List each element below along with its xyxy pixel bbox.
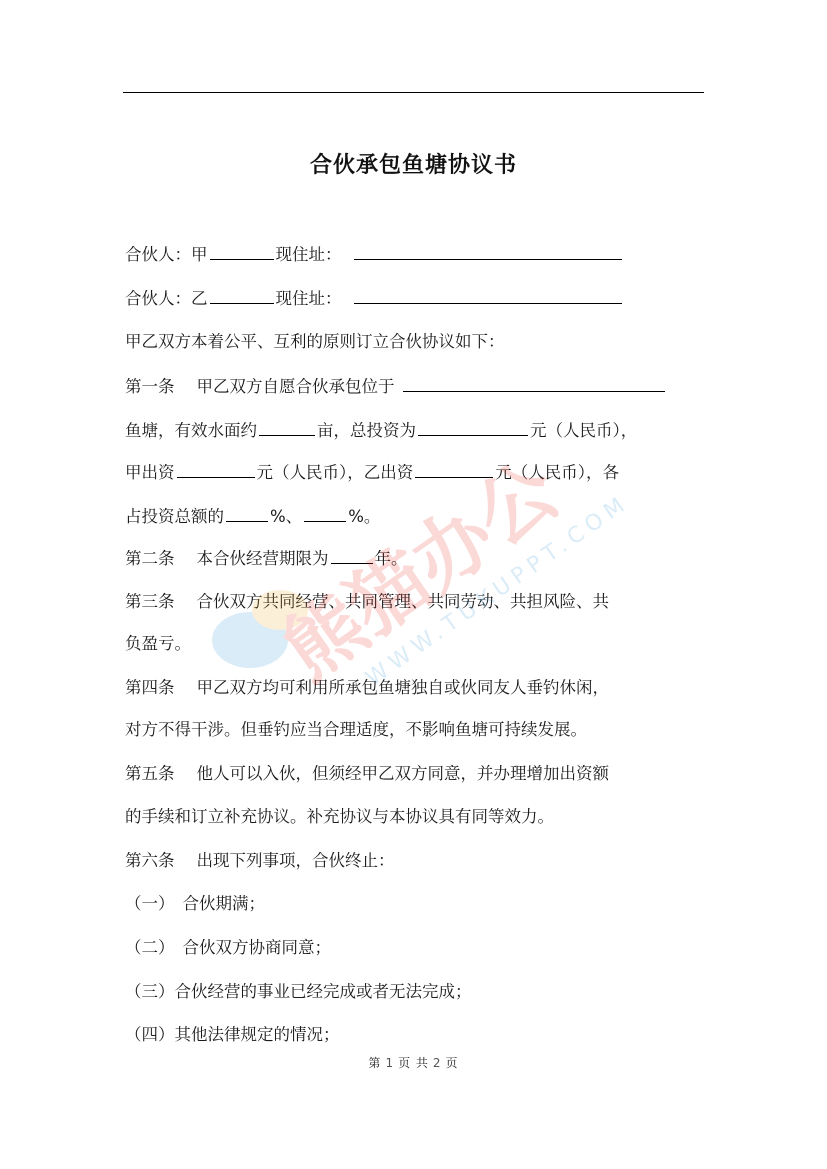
article-2-heading: 第二条 [125, 549, 175, 568]
article-1-heading: 第一条 [125, 377, 175, 396]
article-2-text: 年。 [375, 549, 408, 568]
article-1-line-3: 甲出资元（人民币），乙出资元（人民币），各 [125, 461, 619, 484]
item-marker: （三） [125, 982, 175, 1001]
partner-a-line: 合伙人：甲现住址： [125, 243, 624, 266]
article-1-text: 鱼塘，有效水面约 [125, 421, 257, 440]
article-4-text: 甲乙双方均可利用所承包鱼塘独自或伙同友人垂钓休闲， [197, 678, 610, 697]
party-a-share-blank[interactable] [226, 505, 268, 522]
article-6-line: 第六条出现下列事项，合伙终止： [125, 850, 395, 872]
article-1-text: 元（人民币）， [530, 421, 637, 440]
article-1-text: 亩，总投资为 [317, 421, 416, 440]
article-1-line-4: 占投资总额的%、%。 [125, 505, 380, 528]
location-blank[interactable] [403, 375, 665, 392]
article-1-text: %。 [348, 507, 380, 526]
item-text: 合伙期满； [183, 894, 266, 913]
item-marker: （一） [125, 894, 175, 913]
article-4-line-2: 对方不得干涉。但垂钓应当合理适度，不影响鱼塘可持续发展。 [125, 719, 587, 741]
partner-b-line: 合伙人：乙现住址： [125, 287, 624, 310]
article-2-text: 本合伙经营期限为 [197, 549, 329, 568]
article-3-heading: 第三条 [125, 592, 175, 611]
article-5-line-2: 的手续和订立补充协议。补充协议与本协议具有同等效力。 [125, 806, 554, 828]
article-1-text: 元（人民币），乙出资 [257, 463, 414, 482]
article-1-text: 元（人民币），各 [495, 463, 619, 482]
article-4-line-1: 第四条甲乙双方均可利用所承包鱼塘独自或伙同友人垂钓休闲， [125, 677, 609, 699]
termination-item-3: （三）合伙经营的事业已经完成或者无法完成； [125, 981, 472, 1003]
item-marker: （四） [125, 1025, 175, 1044]
item-text: 合伙经营的事业已经完成或者无法完成； [175, 982, 472, 1001]
partner-a-label: 合伙人：甲 [125, 245, 208, 264]
article-1-text: %、 [270, 507, 302, 526]
footer-suffix: 页 [446, 1056, 459, 1070]
partner-b-address-blank[interactable] [354, 287, 622, 304]
document-page: 合伙承包鱼塘协议书 合伙人：甲现住址： 合伙人：乙现住址： 甲乙双方本着公平、互… [0, 0, 827, 1169]
article-1-text: 甲乙双方自愿合伙承包位于 [197, 377, 395, 396]
watermark-logo-icon: 熊猫办公 WWW.TUKUPPT.COM [210, 450, 630, 710]
item-text: 合伙双方协商同意； [183, 938, 332, 957]
item-marker: （二） [125, 938, 175, 957]
partner-a-address-blank[interactable] [354, 243, 622, 260]
article-1-text: 甲出资 [125, 463, 175, 482]
document-title: 合伙承包鱼塘协议书 [0, 148, 827, 179]
partner-b-label: 合伙人：乙 [125, 289, 208, 308]
party-a-investment-blank[interactable] [177, 461, 255, 478]
article-6-text: 出现下列事项，合伙终止： [197, 851, 395, 870]
partner-b-name-blank[interactable] [210, 287, 274, 304]
article-5-heading: 第五条 [125, 764, 175, 783]
party-b-investment-blank[interactable] [415, 461, 493, 478]
termination-item-1: （一）合伙期满； [125, 893, 265, 915]
article-3-line-1: 第三条合伙双方共同经营、共同管理、共同劳动、共担风险、共 [125, 591, 609, 613]
article-3-text: 合伙双方共同经营、共同管理、共同劳动、共担风险、共 [197, 592, 610, 611]
termination-item-2: （二）合伙双方协商同意； [125, 937, 331, 959]
article-5-text: 他人可以入伙，但须经甲乙双方同意，并办理增加出资额 [197, 764, 610, 783]
total-pages-number: 2 [433, 1056, 442, 1070]
watermark: 熊猫办公 WWW.TUKUPPT.COM [210, 450, 630, 710]
area-blank[interactable] [259, 419, 315, 436]
svg-text:熊猫办公: 熊猫办公 [268, 450, 575, 698]
item-text: 其他法律规定的情况； [175, 1025, 340, 1044]
footer-prefix: 第 [368, 1056, 381, 1070]
article-2-line: 第二条本合伙经营期限为年。 [125, 547, 408, 570]
term-years-blank[interactable] [331, 547, 373, 564]
current-page-number: 1 [385, 1056, 394, 1070]
article-6-heading: 第六条 [125, 851, 175, 870]
footer-middle: 页 共 [398, 1056, 429, 1070]
header-rule [123, 92, 704, 93]
partner-b-address-label: 现住址： [276, 289, 342, 308]
termination-item-4: （四）其他法律规定的情况； [125, 1024, 340, 1046]
partner-a-name-blank[interactable] [210, 243, 274, 260]
total-investment-blank[interactable] [418, 419, 528, 436]
party-b-share-blank[interactable] [304, 505, 346, 522]
article-4-heading: 第四条 [125, 678, 175, 697]
article-5-line-1: 第五条他人可以入伙，但须经甲乙双方同意，并办理增加出资额 [125, 763, 609, 785]
article-1-line-2: 鱼塘，有效水面约亩，总投资为元（人民币）， [125, 419, 637, 442]
partner-a-address-label: 现住址： [276, 245, 342, 264]
page-footer: 第1页 共2页 [0, 1054, 827, 1071]
intro-text: 甲乙双方本着公平、互利的原则订立合伙协议如下： [125, 331, 505, 353]
article-1-line-1: 第一条甲乙双方自愿合伙承包位于 [125, 375, 667, 398]
article-3-line-2: 负盈亏。 [125, 633, 191, 655]
article-1-text: 占投资总额的 [125, 507, 224, 526]
